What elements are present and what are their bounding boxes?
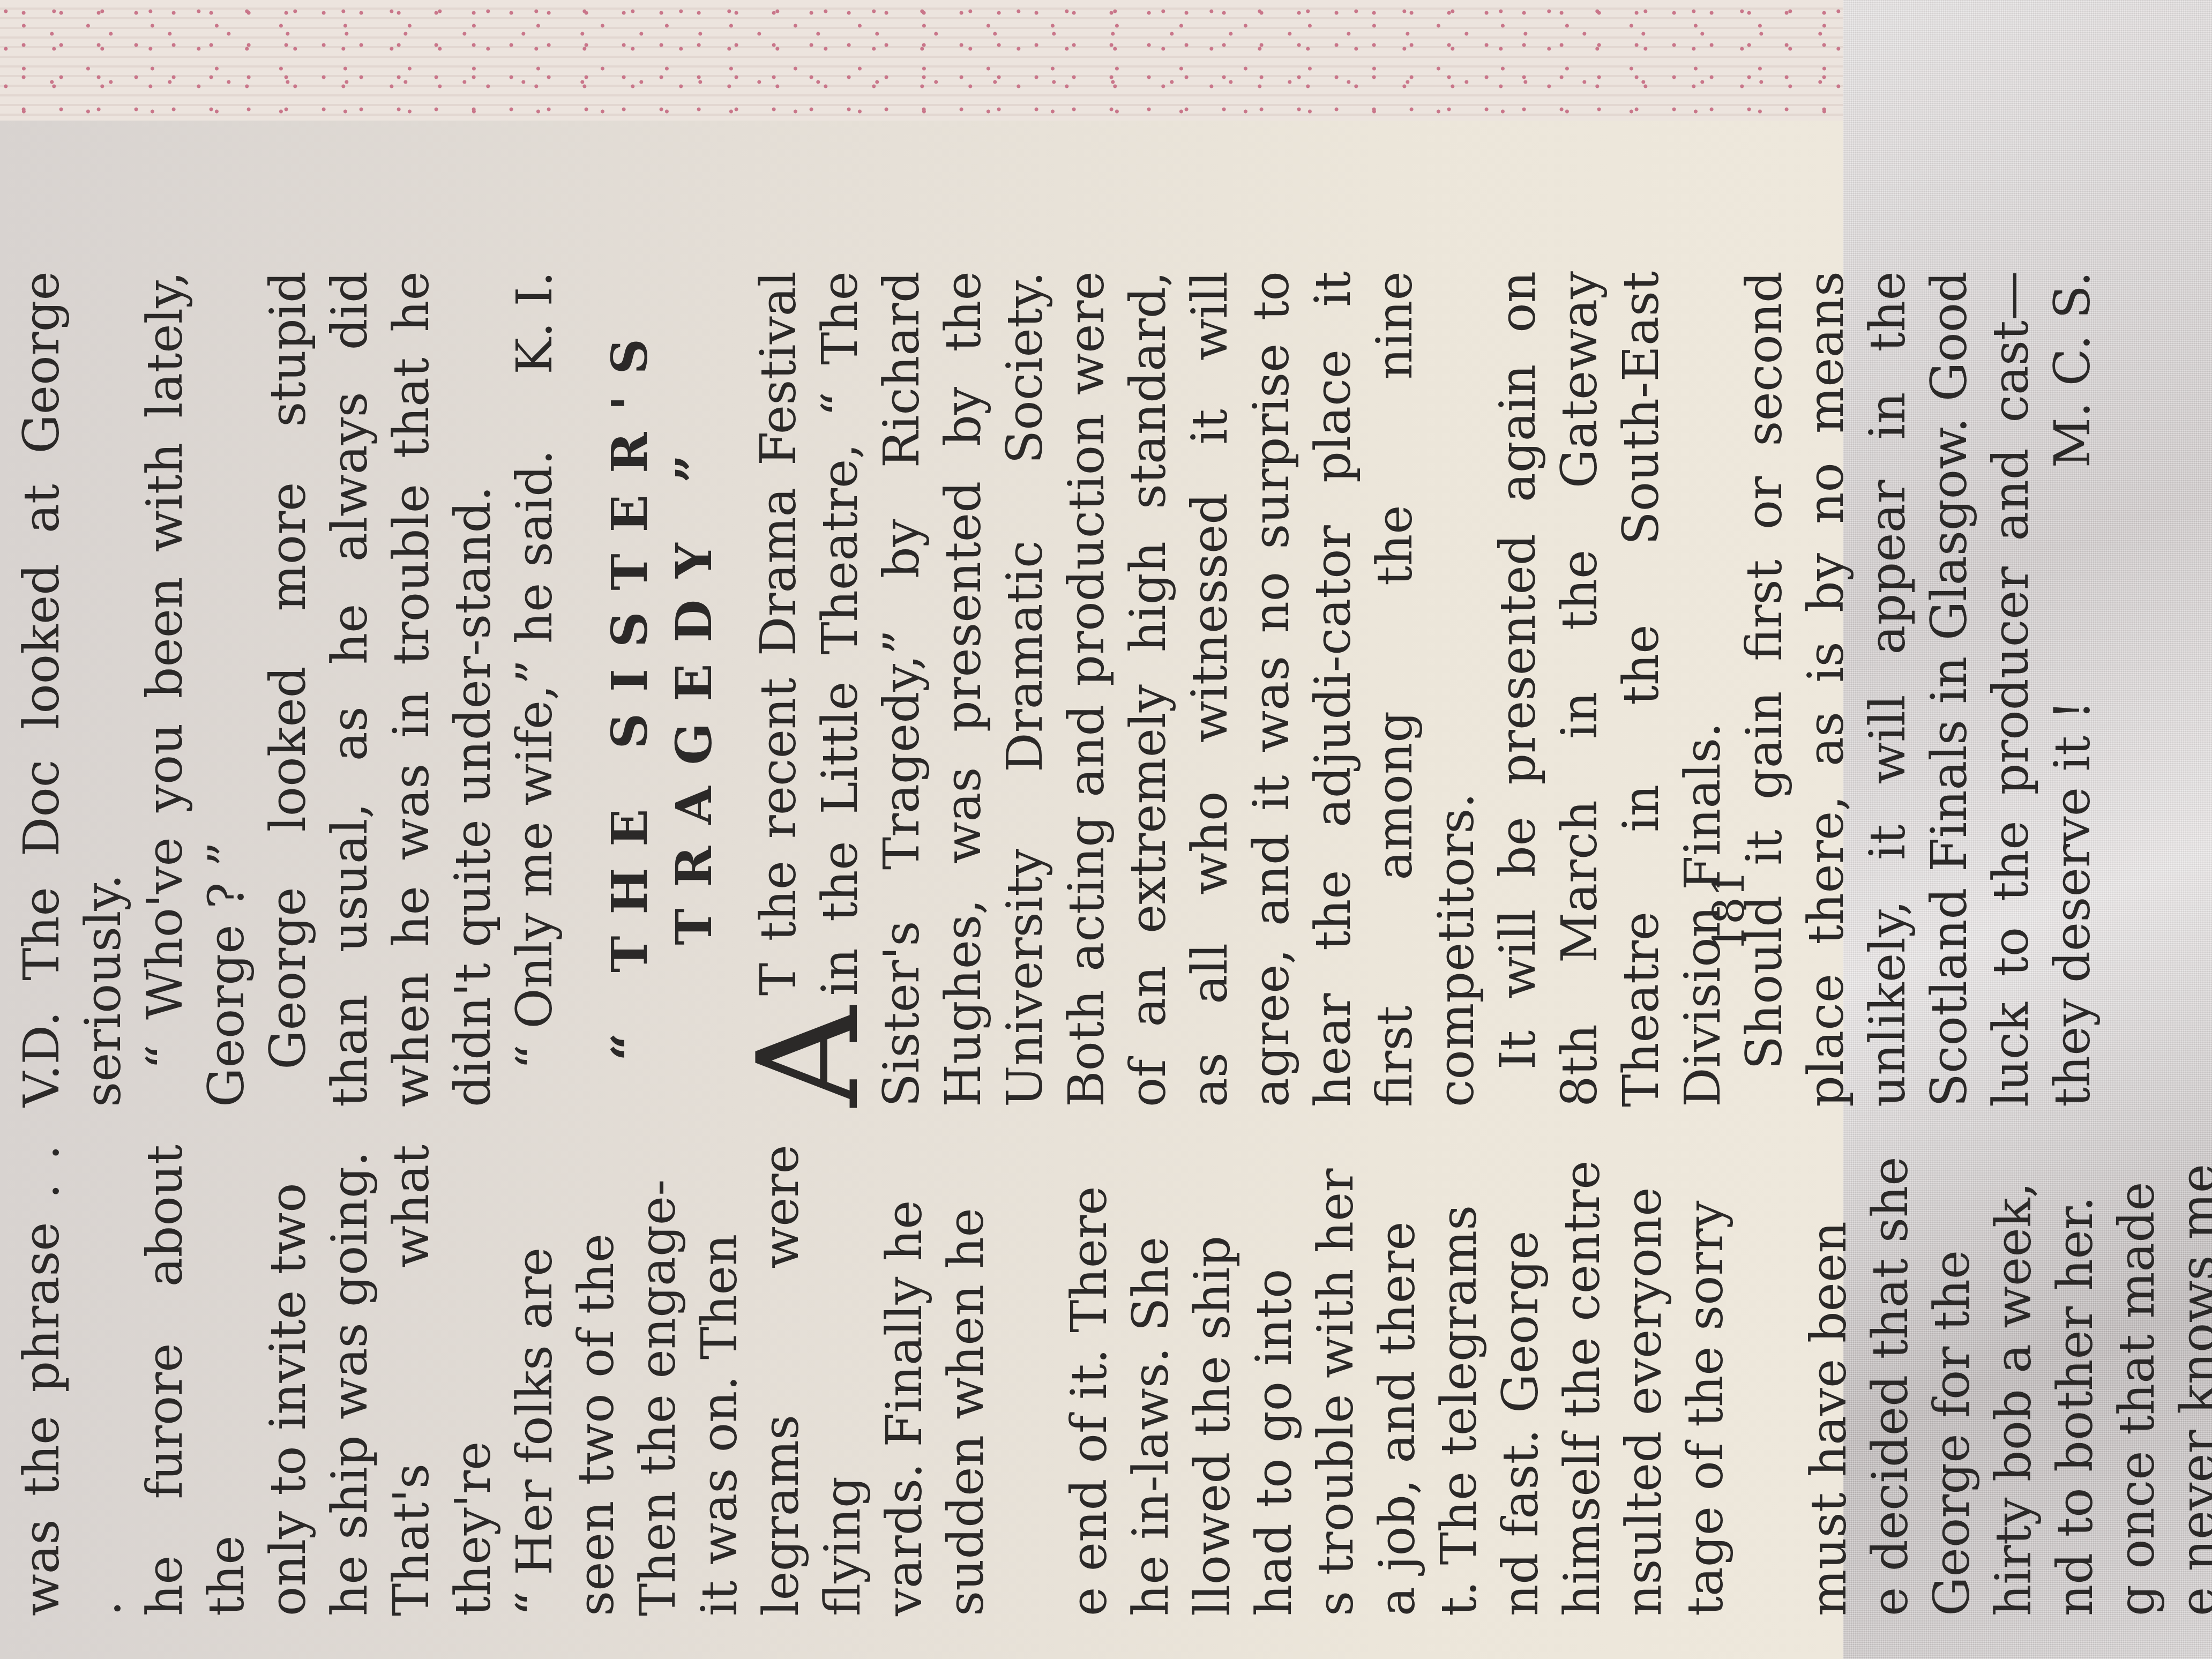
book-page: was the phrase . . . he furore about the… [0, 121, 1843, 1659]
text-line: llowed the ship [1182, 1145, 1243, 1616]
article-heading-line: “ THE SISTER'S [597, 271, 662, 1107]
text-line: e end of it. There [1058, 1145, 1120, 1616]
story-paragraph: “ Only me wife,” he said. K. I. [504, 271, 565, 1107]
story-paragraph: “ Who've you been with lately, George ? … [134, 271, 257, 1107]
text-line: only to invite two [257, 1145, 319, 1616]
article-heading-line: TRAGEDY ” [662, 271, 726, 1107]
drop-cap: A [753, 1006, 865, 1107]
text-line: nd to bother her. [2044, 1145, 2106, 1616]
text-line: must have been [1798, 1145, 1859, 1616]
text-line: had to go into [1243, 1145, 1305, 1616]
article-paragraph: Should it gain first or second place the… [1733, 271, 2103, 1107]
article-paragraph: AT the recent Drama Festival in the Litt… [748, 271, 1487, 1107]
page-content: was the phrase . . . he furore about the… [0, 121, 1843, 1659]
text-line: legrams were flying [750, 1145, 873, 1616]
text-line: George for the [1921, 1145, 1983, 1616]
text-line: Then the engage- [627, 1145, 689, 1616]
text-line: e decided that she [1859, 1145, 1921, 1616]
text-line: That's what they're [380, 1145, 504, 1616]
text-line: he ship was going. [319, 1145, 380, 1616]
text-line: g once that made [2106, 1145, 2168, 1616]
page-number: 181 [1704, 870, 1754, 952]
article-signature: M. C. S. [2042, 271, 2103, 505]
text-line: nd fast. George [1490, 1145, 1551, 1616]
text-line: e never knows me [2168, 1145, 2212, 1616]
text-line: it was on. Then [689, 1145, 750, 1616]
text-line: a job, and there [1366, 1145, 1428, 1616]
article-paragraph-text: T the recent Drama Festival in the Littl… [750, 271, 1485, 1107]
article-paragraph: It will be presented again on 8th March … [1487, 271, 1733, 1107]
text-line: vards. Finally he [873, 1145, 935, 1616]
text-line: he furore about the [134, 1145, 257, 1616]
text-line: t. The telegrams [1428, 1145, 1490, 1616]
text-line: sudden when he [935, 1145, 997, 1616]
text-line: “ Her folks are [504, 1145, 565, 1616]
text-line: s trouble with her [1305, 1145, 1366, 1616]
article-heading: “ THE SISTER'S TRAGEDY ” [597, 271, 726, 1107]
story-signature: K. I. [504, 271, 565, 412]
text-line: he in-laws. She [1120, 1145, 1182, 1616]
text-line: seen two of the [565, 1145, 627, 1616]
text-line: was the phrase . . . [11, 1145, 134, 1616]
text-line: tage of the sorry [1675, 1145, 1736, 1616]
left-column: was the phrase . . . he furore about the… [11, 1145, 2212, 1616]
dialogue-text: “ Only me wife,” he said. [506, 450, 563, 1070]
story-paragraph: George looked more stupid than usual, as… [257, 271, 504, 1107]
right-column: V.D. The Doc looked at George seriously.… [11, 271, 2103, 1107]
story-paragraph: V.D. The Doc looked at George seriously. [11, 271, 134, 1107]
text-line: hirty bob a week, [1983, 1145, 2044, 1616]
text-line: himself the centre [1551, 1145, 1613, 1616]
page-edges [0, 0, 1843, 121]
text-line: nsulted everyone [1613, 1145, 1675, 1616]
